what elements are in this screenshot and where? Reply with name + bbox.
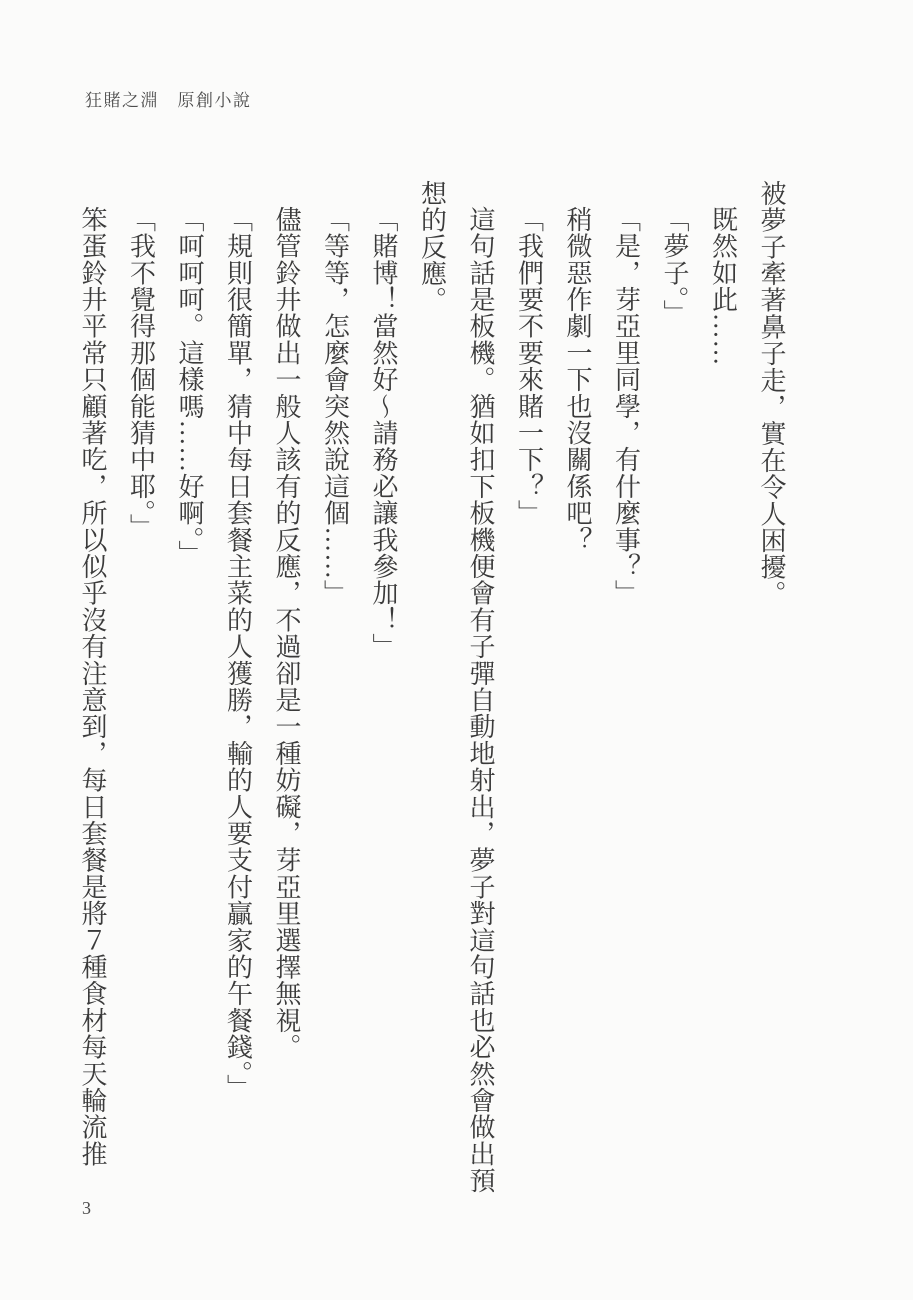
novel-page: 狂賭之淵 原創小說 被夢子牽著鼻子走，實在令人困擾。既然如此……「夢子。」「是，… [0, 0, 913, 1300]
paragraph: 「呵呵呵。這樣嗎……好啊。」 [165, 180, 214, 1195]
paragraph: 既然如此…… [698, 180, 747, 1195]
paragraph: 稍微惡作劇一下也沒關係吧？ [553, 180, 602, 1195]
paragraph: 「夢子。」 [650, 180, 699, 1195]
paragraph: 「規則很簡單，猜中每日套餐主菜的人獲勝，輸的人要支付贏家的午餐錢。」 [213, 180, 262, 1195]
paragraph: 笨蛋鈴井平常只顧著吃，所以似乎沒有注意到，每日套餐是將７種食材每天輪流推 [68, 180, 117, 1195]
paragraph: 「等等，怎麼會突然說這個……」 [310, 180, 359, 1195]
running-header: 狂賭之淵 原創小說 [85, 86, 252, 111]
paragraph: 「我們要不要來賭一下？」 [504, 180, 553, 1195]
text-block: 被夢子牽著鼻子走，實在令人困擾。既然如此……「夢子。」「是，芽亞里同學，有什麼事… [68, 180, 796, 1195]
paragraph: 「是，芽亞里同學，有什麼事？」 [601, 180, 650, 1195]
paragraph: 「賭博！當然好～請務必讓我參加！」 [359, 180, 408, 1195]
paragraph: 這句話是板機。猶如扣下板機便會有子彈自動地射出，夢子對這句話也必然會做出預想的反… [407, 180, 504, 1195]
page-number: 3 [82, 1198, 91, 1219]
paragraph: 被夢子牽著鼻子走，實在令人困擾。 [747, 180, 796, 1195]
paragraph: 「我不覺得那個能猜中耶。」 [116, 180, 165, 1195]
paragraph: 儘管鈴井做出一般人該有的反應，不過卻是一種妨礙，芽亞里選擇無視。 [262, 180, 311, 1195]
